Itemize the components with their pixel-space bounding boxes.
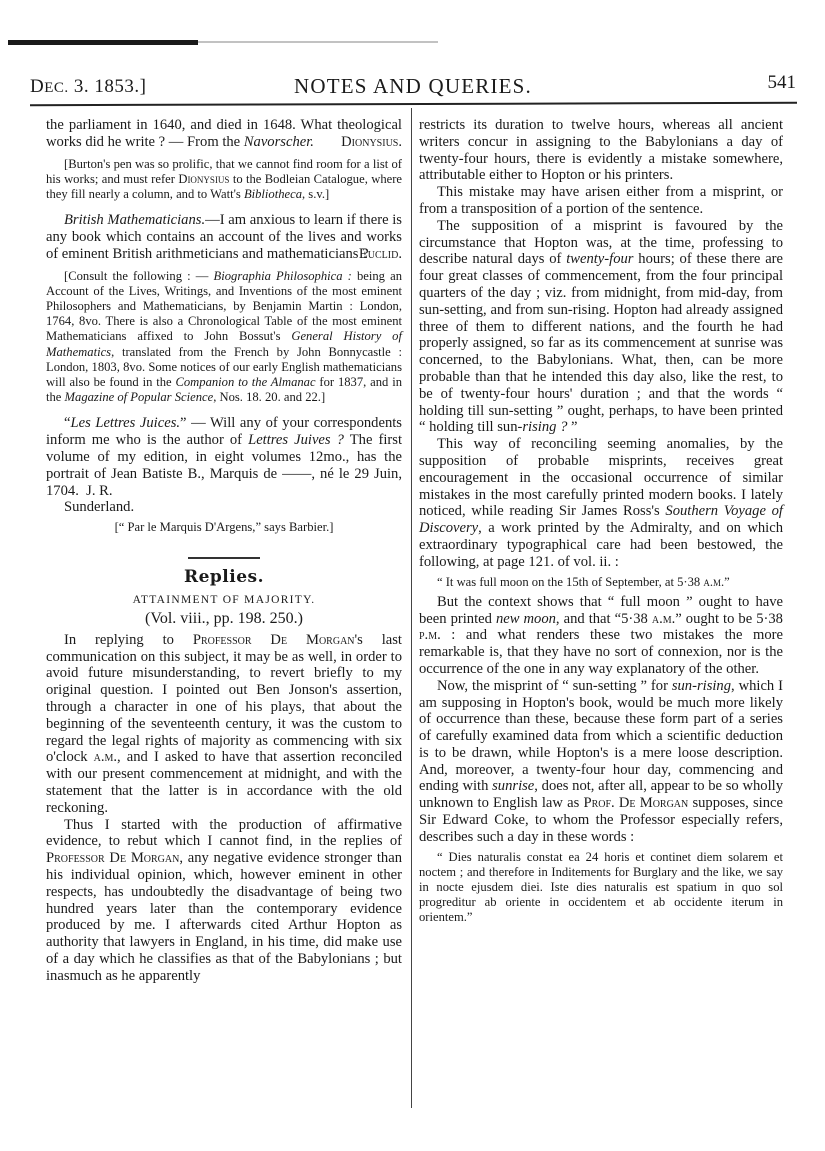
article-paragraph-5: The supposition of a misprint is favoure…: [419, 218, 783, 436]
article-paragraph-4: This mistake may have arisen either from…: [419, 184, 783, 218]
article-paragraph-3: restricts its duration to twelve hours, …: [419, 117, 783, 184]
section-divider: [188, 557, 260, 559]
page-number: 541: [768, 72, 797, 94]
article-paragraph-2: Thus I started with the production of af…: [46, 817, 402, 985]
signature-jr: J. R.: [86, 483, 112, 499]
journal-title: NOTES AND QUERIES.: [30, 74, 796, 99]
left-column: the parliament in 1640, and died in 1648…: [46, 117, 402, 985]
column-divider: [411, 108, 412, 1108]
editor-reply-burton: [Burton's pen was so prolific, that we c…: [46, 157, 402, 203]
section-title-replies: Replies.: [46, 569, 402, 586]
article-paragraph-7: But the context shows that “ full moon ”…: [419, 594, 783, 678]
header-rule: [30, 102, 797, 106]
article-paragraph-6: This way of reconciling seeming anomalie…: [419, 436, 783, 570]
top-scan-rule-faint: [198, 41, 438, 43]
article-title: ATTAINMENT OF MAJORITY.: [46, 592, 402, 609]
article-paragraph-8: Now, the misprint of “ sun-setting ” for…: [419, 678, 783, 846]
quotation-ross: “ It was full moon on the 15th of Septem…: [419, 575, 783, 590]
page-header: DEC. 3. 1853.] NOTES AND QUERIES. 541: [30, 70, 796, 100]
quotation-coke: “ Dies naturalis constat ea 24 horis et …: [419, 850, 783, 926]
article-reference: (Vol. viii., pp. 198. 250.): [46, 611, 402, 628]
editor-reply-mathematicians: [Consult the following : — Biographia Ph…: [46, 269, 402, 406]
query-british-mathematicians: British Mathematicians.—I am anxious to …: [46, 212, 402, 262]
top-scan-rule: [8, 40, 198, 45]
editor-reply-lettres: [“ Par le Marquis D'Argens,” says Barbie…: [46, 520, 402, 535]
signature-place: Sunderland.: [46, 499, 402, 516]
query-lettres-juives: “Les Lettres Juices.” — Will any of your…: [46, 415, 402, 499]
article-paragraph-1: In replying to Professor De Morgan's las…: [46, 632, 402, 817]
right-column: restricts its duration to twelve hours, …: [419, 117, 783, 926]
